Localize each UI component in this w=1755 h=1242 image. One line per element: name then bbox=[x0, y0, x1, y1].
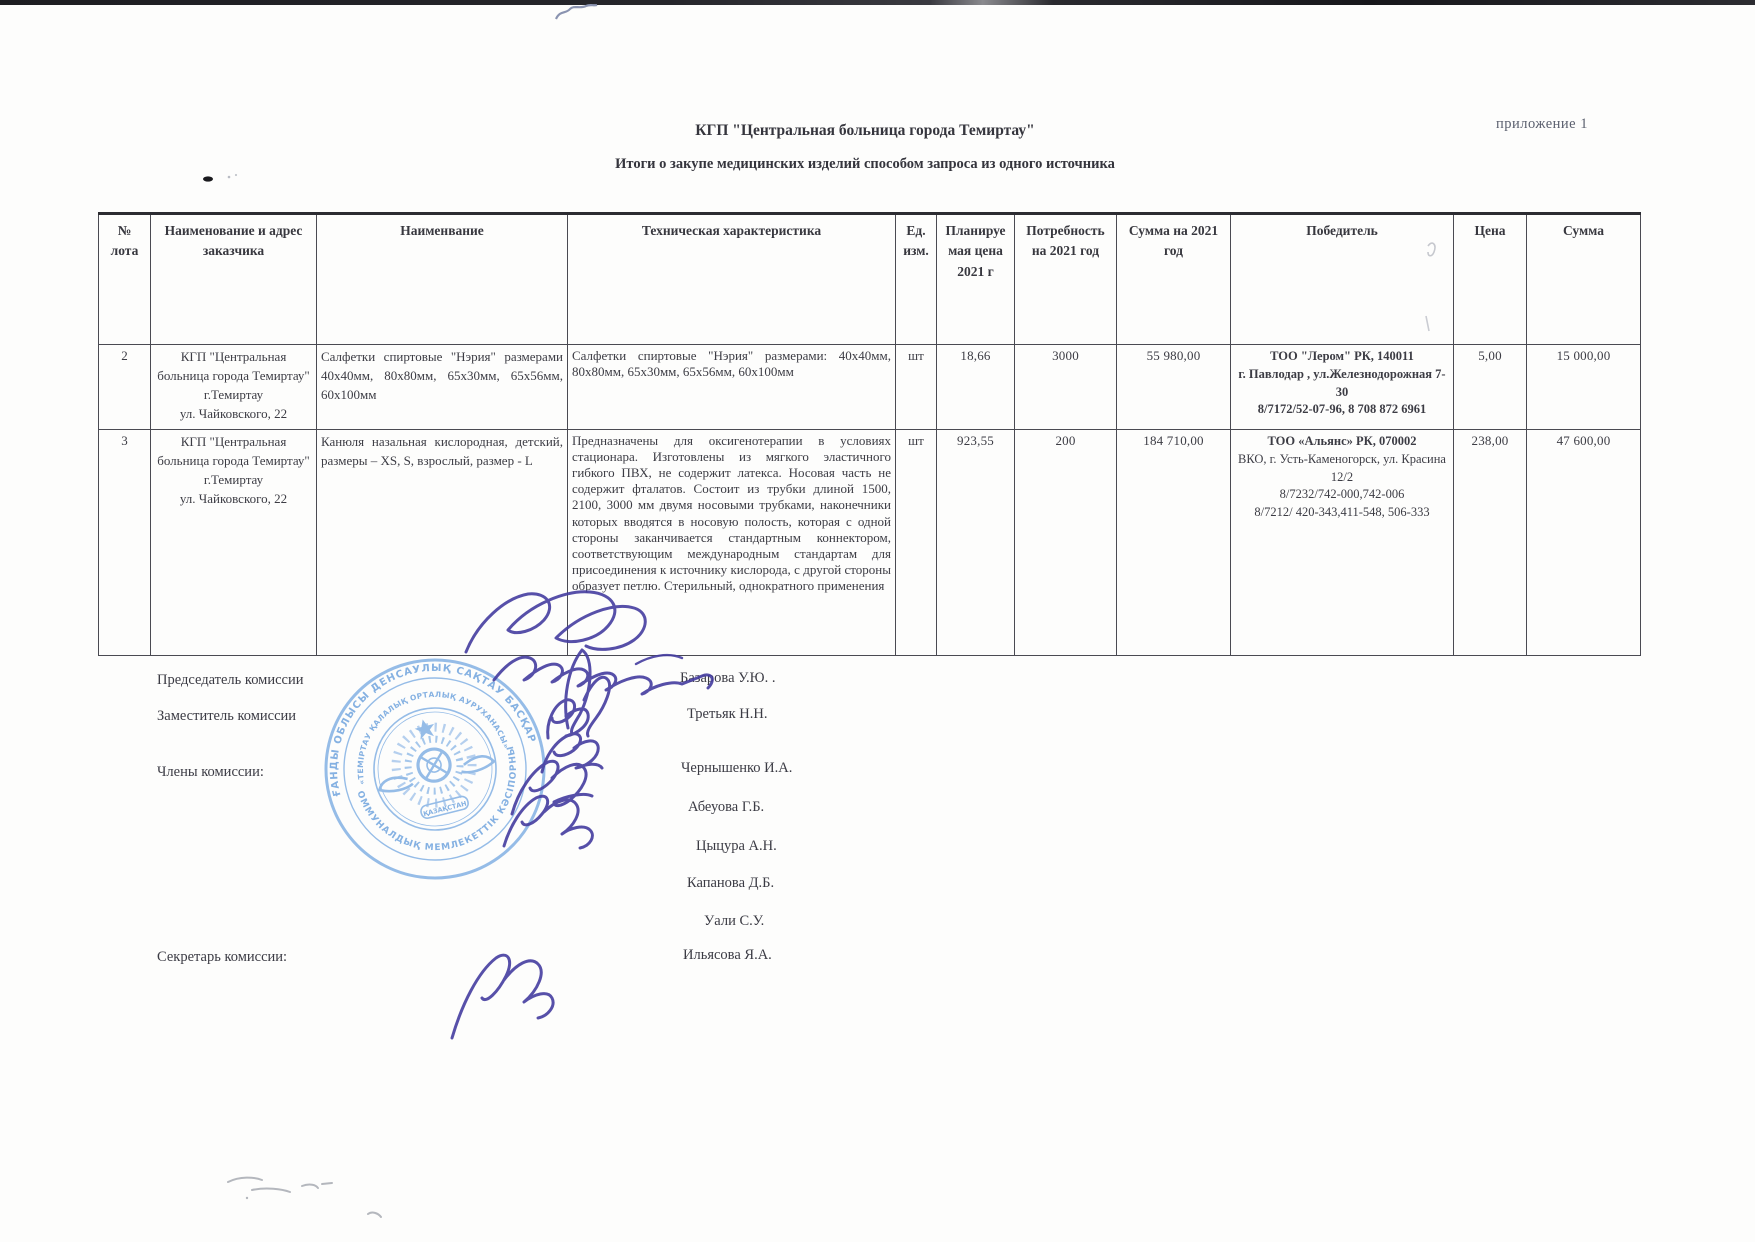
svg-text:ҚАРАҒАНДЫ ОБЛЫСЫ ДЕНСАУЛЫҚ САҚ: ҚАРАҒАНДЫ ОБЛЫСЫ ДЕНСАУЛЫҚ САҚТАУ БАСҚАР… bbox=[318, 652, 539, 802]
table-header-row: № лота Наименование и адрес заказчика На… bbox=[99, 214, 1641, 345]
member-name-2: Абеуова Г.Б. bbox=[688, 799, 764, 816]
planned-price-cell: 18,66 bbox=[937, 345, 1015, 430]
header-planned-price: Планируемая цена 2021 г bbox=[937, 214, 1015, 345]
member-2-signature bbox=[548, 700, 589, 738]
header-sum-2021: Сумма на 2021 год bbox=[1117, 214, 1231, 345]
secretary-name: Ильясова Я.А. bbox=[683, 947, 772, 964]
header-winner: Победитель bbox=[1231, 214, 1454, 345]
deputy-label: Заместитель комиссии bbox=[157, 708, 296, 725]
winner-details: ВКО, г. Усть-Каменогорск, ул. Красина 12… bbox=[1236, 451, 1448, 522]
sum-cell: 47 600,00 bbox=[1527, 430, 1641, 656]
header-item-name: Наименвание bbox=[317, 214, 568, 345]
winner-name: ТОО "Лером" РК, 140011 bbox=[1236, 348, 1448, 366]
secretary-signature bbox=[452, 955, 553, 1038]
member-5-signature bbox=[504, 796, 592, 848]
svg-text:«ТЕМІРТАУ ҚАЛАЛЫҚ ОРТАЛЫҚ АУРУ: «ТЕМІРТАУ ҚАЛАЛЫҚ ОРТАЛЫҚ АУРУХАНАСЫ» bbox=[339, 673, 511, 786]
deputy-name: Третьяк Н.Н. bbox=[687, 706, 767, 723]
member-4-signature bbox=[512, 761, 592, 814]
price-cell: 238,00 bbox=[1454, 430, 1527, 656]
sum-2021-cell: 184 710,00 bbox=[1117, 430, 1231, 656]
header-lot-number: № лота bbox=[99, 214, 151, 345]
spec-cell: Салфетки спиртовые "Нэрия" размерами: 40… bbox=[568, 345, 896, 430]
member-name-4: Капанова Д.Б. bbox=[687, 875, 774, 892]
official-round-stamp: ҚАРАҒАНДЫ ОБЛЫСЫ ДЕНСАУЛЫҚ САҚТАУ БАСҚАР… bbox=[318, 652, 552, 886]
stamp-outer-bottom-text: • КОММУНАЛДЫҚ МЕМЛЕКЕТТІК КӘСІПОРНЫ • bbox=[318, 652, 537, 880]
item-name-cell: Канюля назальная кислородная, детский, р… bbox=[317, 430, 568, 656]
stamp-inner-top-text: «ТЕМІРТАУ ҚАЛАЛЫҚ ОРТАЛЫҚ АУРУХАНАСЫ» bbox=[339, 673, 511, 786]
customer-cell: КГП "Центральная больница города Темирта… bbox=[151, 345, 317, 430]
pencil-scribble-bottom bbox=[228, 1178, 381, 1217]
unit-cell: шт bbox=[896, 345, 937, 430]
scanned-document-page: приложение 1 КГП "Центральная больница г… bbox=[0, 0, 1755, 1242]
lot-number: 2 bbox=[99, 345, 151, 430]
member-name-5: Уали С.У. bbox=[704, 913, 764, 930]
document-subtitle: Итоги о закупе медицинских изделий спосо… bbox=[0, 156, 1730, 173]
member-1-signature bbox=[566, 650, 610, 736]
header-customer: Наименование и адрес заказчика bbox=[151, 214, 317, 345]
table-row-lot-2: 2 КГП "Центральная больница города Темир… bbox=[99, 345, 1641, 430]
spec-cell: Предназначены для оксигенотерапии в усло… bbox=[568, 430, 896, 656]
procurement-results-table: № лота Наименование и адрес заказчика На… bbox=[98, 212, 1641, 656]
chairman-name: Базарова У.Ю. . bbox=[680, 670, 775, 687]
stamp-center-banner-text: ҚАЗАҚСТАН bbox=[422, 800, 467, 819]
svg-text:• КОММУНАЛДЫҚ МЕМЛЕКЕТТІК КӘСІ: • КОММУНАЛДЫҚ МЕМЛЕКЕТТІК КӘСІПОРНЫ • bbox=[318, 652, 537, 880]
price-cell: 5,00 bbox=[1454, 345, 1527, 430]
customer-cell: КГП "Центральная больница города Темирта… bbox=[151, 430, 317, 656]
sum-2021-cell: 55 980,00 bbox=[1117, 345, 1231, 430]
header-sum: Сумма bbox=[1527, 214, 1641, 345]
top-pen-mark bbox=[556, 5, 597, 19]
members-label: Члены комиссии: bbox=[157, 764, 264, 781]
chairman-label: Председатель комиссии bbox=[157, 672, 304, 689]
document-title: КГП "Центральная больница города Темирта… bbox=[0, 122, 1730, 140]
deputy-signature-stroke bbox=[636, 655, 682, 664]
unit-cell: шт bbox=[896, 430, 937, 656]
winner-details: г. Павлодар , ул.Железнодорожная 7-30 8/… bbox=[1236, 366, 1448, 419]
header-spec: Техническая характеристика bbox=[568, 214, 896, 345]
header-unit: Ед. изм. bbox=[896, 214, 937, 345]
winner-cell: ТОО «Альянс» РК, 070002 ВКО, г. Усть-Кам… bbox=[1231, 430, 1454, 656]
winner-name: ТОО «Альянс» РК, 070002 bbox=[1236, 433, 1448, 451]
need-cell: 3000 bbox=[1015, 345, 1117, 430]
winner-cell: ТОО "Лером" РК, 140011 г. Павлодар , ул.… bbox=[1231, 345, 1454, 430]
header-price: Цена bbox=[1454, 214, 1527, 345]
member-name-1: Чернышенко И.А. bbox=[681, 760, 792, 777]
need-cell: 200 bbox=[1015, 430, 1117, 656]
planned-price-cell: 923,55 bbox=[937, 430, 1015, 656]
member-3-signature bbox=[542, 734, 602, 772]
ink-dash-speck bbox=[203, 176, 213, 181]
scanner-edge-artifact bbox=[0, 0, 1755, 5]
header-need: Потребность на 2021 год bbox=[1015, 214, 1117, 345]
sum-cell: 15 000,00 bbox=[1527, 345, 1641, 430]
secretary-label: Секретарь комиссии: bbox=[157, 949, 287, 966]
member-name-3: Цыцура А.Н. bbox=[696, 838, 777, 855]
lot-number: 3 bbox=[99, 430, 151, 656]
table-row-lot-3: 3 КГП "Центральная больница города Темир… bbox=[99, 430, 1641, 656]
item-name-cell: Салфетки спиртовые "Нэрия" размерами 40х… bbox=[317, 345, 568, 430]
stamp-outer-top-text: ҚАРАҒАНДЫ ОБЛЫСЫ ДЕНСАУЛЫҚ САҚТАУ БАСҚАР… bbox=[318, 652, 539, 802]
